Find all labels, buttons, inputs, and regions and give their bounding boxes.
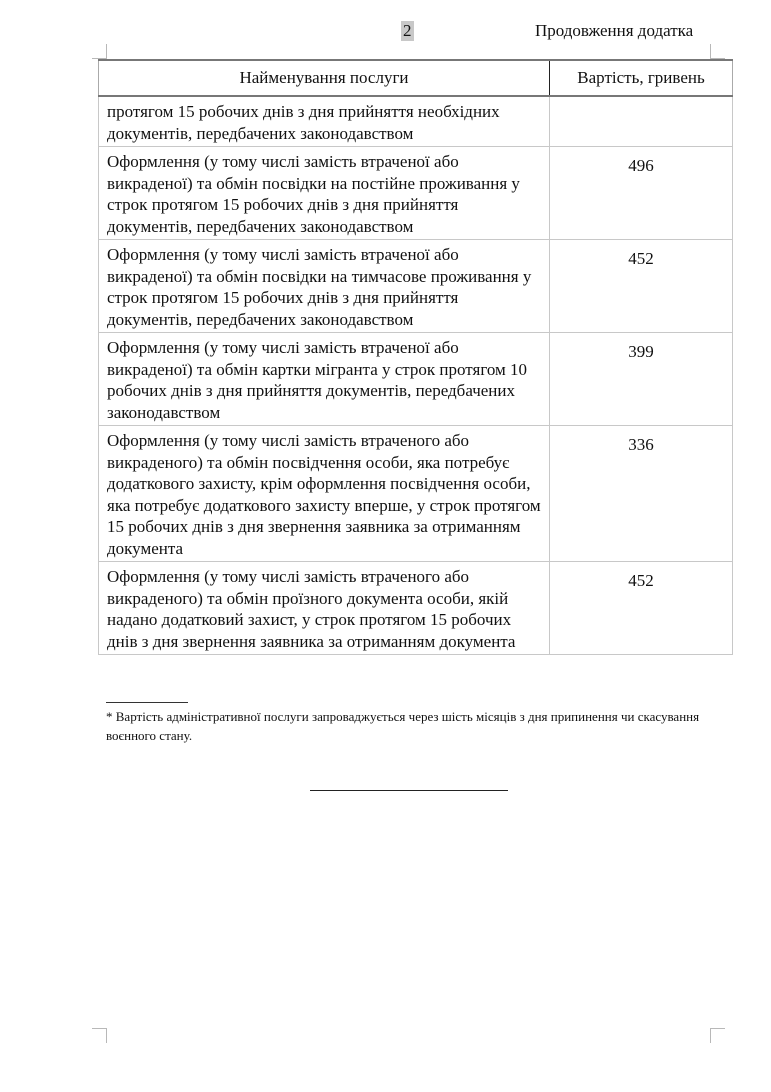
footnote-text: * Вартість адміністративної послуги запр… — [106, 707, 726, 745]
cost-cell: 336 — [550, 426, 733, 562]
table-row: Оформлення (у тому числі замість втрачен… — [99, 562, 733, 655]
service-name-cell: протягом 15 робочих днів з дня прийняття… — [99, 96, 550, 147]
table-row: Оформлення (у тому числі замість втрачен… — [99, 147, 733, 240]
page-corner-mark-top-right — [710, 44, 725, 59]
cost-cell: 452 — [550, 240, 733, 333]
table-header-row: Найменування послуги Вартість, гривень — [99, 60, 733, 96]
table-row: Оформлення (у тому числі замість втрачен… — [99, 426, 733, 562]
column-header-cost: Вартість, гривень — [550, 60, 733, 96]
service-name-cell: Оформлення (у тому числі замість втрачен… — [99, 426, 550, 562]
service-name-cell: Оформлення (у тому числі замість втрачен… — [99, 333, 550, 426]
page-corner-mark-bottom-left — [92, 1028, 107, 1043]
table-row: протягом 15 робочих днів з дня прийняття… — [99, 96, 733, 147]
cost-cell — [550, 96, 733, 147]
cost-cell: 399 — [550, 333, 733, 426]
table-row: Оформлення (у тому числі замість втрачен… — [99, 333, 733, 426]
column-header-service-name: Найменування послуги — [99, 60, 550, 96]
page-number: 2 — [401, 21, 414, 41]
services-fee-table: Найменування послуги Вартість, гривень п… — [98, 59, 733, 655]
continuation-label: Продовження додатка — [535, 21, 693, 41]
document-end-line — [310, 790, 508, 791]
service-name-cell: Оформлення (у тому числі замість втрачен… — [99, 147, 550, 240]
cost-cell: 452 — [550, 562, 733, 655]
service-name-cell: Оформлення (у тому числі замість втрачен… — [99, 240, 550, 333]
page-corner-mark-bottom-right — [710, 1028, 725, 1043]
cost-cell: 496 — [550, 147, 733, 240]
table-row: Оформлення (у тому числі замість втрачен… — [99, 240, 733, 333]
page-corner-mark-top-left — [92, 44, 107, 59]
footnote-separator — [106, 702, 188, 703]
service-name-cell: Оформлення (у тому числі замість втрачен… — [99, 562, 550, 655]
